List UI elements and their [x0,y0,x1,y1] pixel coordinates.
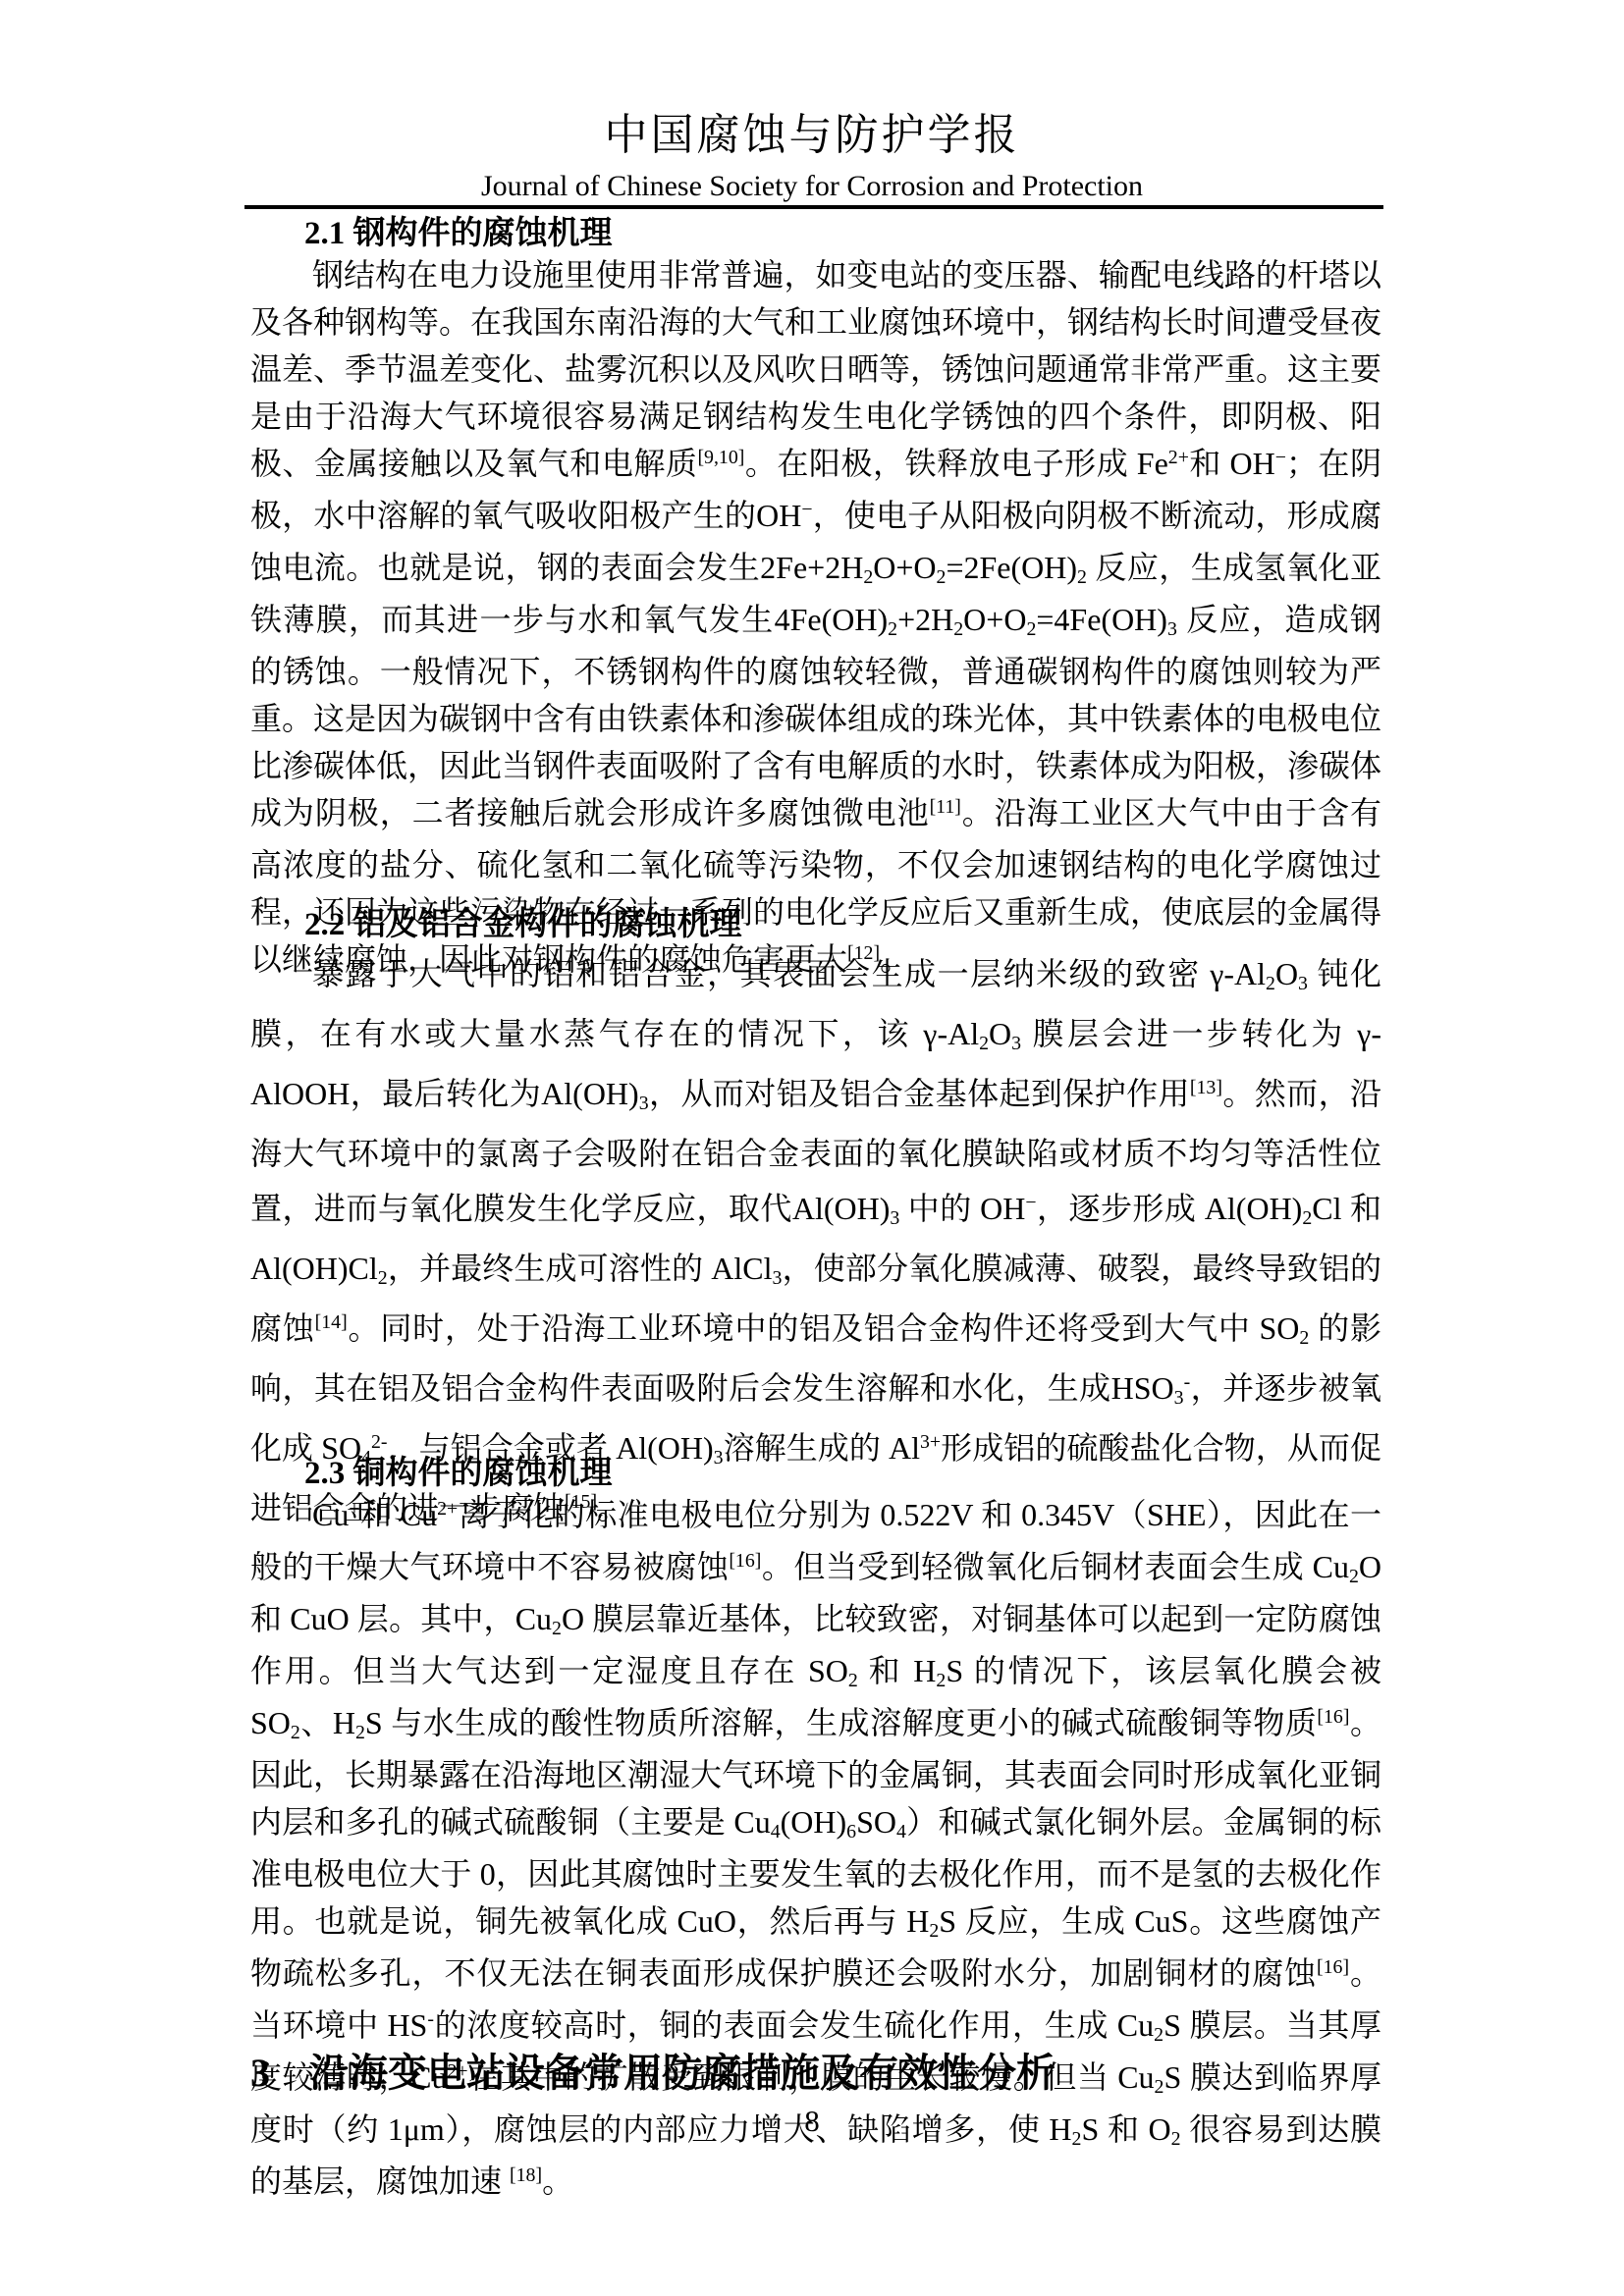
document-page: 中国腐蚀与防护学报 Journal of Chinese Society for… [0,0,1624,2296]
section-paragraph-2-2: 暴露于大气中的铝和铝合金，其表面会生成一层纳米级的致密 γ-Al2O3 钝化膜，… [250,946,1381,1540]
header-rule [244,205,1383,209]
section-paragraph-2-1: 钢结构在电力设施里使用非常普遍，如变电站的变压器、输配电线路的杆塔以及各种钢构等… [250,251,1381,988]
journal-title-cn: 中国腐蚀与防护学报 [0,108,1624,163]
section-heading-2-3: 2.3 铜构件的腐蚀机理 [250,1454,1435,1493]
journal-title-en: Journal of Chinese Society for Corrosion… [0,169,1624,204]
section-heading-2-2: 2.2 铝及铝合金构件的腐蚀机理 [250,905,1435,944]
section-heading-2-1: 2.1 钢构件的腐蚀机理 [250,214,1435,253]
page-number: 8 [0,2103,1624,2140]
section-heading-3: 3 沿海变电站设备常用防腐措施及有效性分析 [250,2050,1381,2097]
